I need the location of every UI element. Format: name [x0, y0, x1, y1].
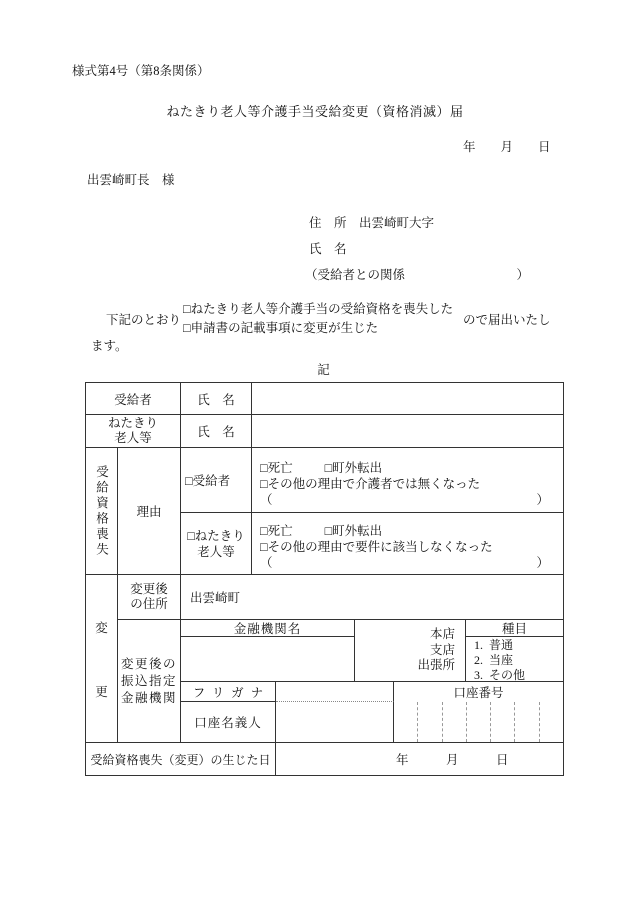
elderly-name-label-cell: 氏 名 [181, 415, 252, 448]
reason-line-death-moveout: □死亡□町外転出 [260, 523, 549, 539]
loss-section-label-cell: 受給資格喪失 [86, 448, 118, 575]
form-table: 受給者 氏 名 ねたきり 老人等 氏 名 受給資格喪失 理由 □受給者 □死亡□… [85, 382, 564, 776]
account-type-option-2: 2. 当座 [474, 653, 513, 668]
death2-label: 死亡 [268, 524, 293, 538]
paren-close: ） [536, 492, 549, 508]
intro-cb1-label: ねたきり老人等介護手当の受給資格を喪失した [191, 302, 454, 316]
account-number-digit-cell[interactable] [539, 702, 563, 742]
intro-right-text: ので届出いたし [463, 310, 551, 328]
bank-section-label-cell: 変更後の 振込指定 金融機関 [118, 620, 181, 743]
reason-who-elderly-line1: □ねたきり [187, 528, 245, 544]
applicant-name-label: 氏 名 [309, 239, 347, 257]
new-address-input[interactable]: 出雲崎町 [181, 575, 563, 620]
furigana-input[interactable] [276, 682, 394, 702]
checkbox-change-icon[interactable]: □ [183, 321, 191, 335]
reason-line-other: □その他の理由で要件に該当しなくなった [260, 539, 549, 555]
change-vertical-char2: 更 [95, 682, 108, 700]
intro-continuation: ます。 [91, 336, 128, 354]
account-number-digit-cell[interactable] [514, 702, 538, 742]
new-address-label-line2: の住所 [130, 597, 168, 612]
account-type-option-3: 3. その他 [474, 668, 525, 683]
account-number-digit-cell[interactable] [394, 702, 417, 742]
change-section-label-cell: 変 更 [86, 575, 118, 743]
account-number-digit-cell[interactable] [442, 702, 466, 742]
applicant-address-label: 住 所 出雲崎町大字 [309, 213, 434, 231]
new-address-label-cell: 変更後 の住所 [118, 575, 181, 620]
elderly-label-line2: 老人等 [114, 431, 152, 446]
reason-who-recipient-label: 受給者 [193, 474, 231, 488]
checkbox-moveout-icon[interactable]: □ [325, 461, 333, 475]
reason-elderly-options-cell: □死亡□町外転出 □その他の理由で要件に該当しなくなった （ ） [252, 513, 563, 575]
other2-label: その他の理由で要件に該当しなくなった [268, 540, 493, 554]
reason-other2-detail-blank[interactable]: （ ） [260, 555, 549, 571]
reason-line-other: □その他の理由で介護者では無くなった [260, 476, 549, 492]
moveout-label: 町外転出 [332, 461, 382, 475]
moveout2-label: 町外転出 [332, 524, 382, 538]
addressee: 出雲崎町長 様 [87, 170, 175, 188]
reason-elderly-options: □死亡□町外転出 □その他の理由で要件に該当しなくなった （ ） [252, 517, 563, 571]
intro-checkbox-item: □ねたきり老人等介護手当の受給資格を喪失した [183, 300, 453, 319]
ki-heading: 記 [85, 360, 562, 378]
reason-who-elderly-cell: □ねたきり 老人等 [181, 513, 252, 575]
intro-checkbox-item: □申請書の記載事項に変更が生じた [183, 319, 453, 338]
account-holder-label-cell: 口座名義人 [181, 702, 276, 743]
relation-close: ） [516, 265, 529, 283]
account-type-options-cell: 1. 普通 2. 当座 3. その他 [466, 637, 563, 682]
intro-cb2-label: 申請書の記載事項に変更が生じた [191, 321, 379, 335]
recipient-label-cell: 受給者 [86, 383, 181, 415]
relation-open: （受給者との関係 [305, 265, 405, 283]
reason-other-detail-blank[interactable]: （ ） [260, 492, 549, 508]
loss-date-placeholder: 年 月 日 [396, 750, 509, 768]
form-number: 様式第4号（第8条関係） [72, 61, 210, 79]
recipient-name-label-cell: 氏 名 [181, 383, 252, 415]
checkbox-other2-icon[interactable]: □ [260, 540, 268, 554]
account-number-cells [394, 702, 563, 743]
checkbox-death2-icon[interactable]: □ [260, 524, 268, 538]
new-address-prefill: 出雲崎町 [190, 588, 240, 606]
account-holder-input[interactable] [276, 702, 394, 743]
branch-option-honten: 本店 [430, 627, 455, 643]
reason-recipient-options-cell: □死亡□町外転出 □その他の理由で介護者では無くなった （ ） [252, 448, 563, 513]
paren-open: （ [260, 492, 273, 508]
account-type-header-cell: 種目 [466, 620, 563, 637]
checkbox-moveout2-icon[interactable]: □ [325, 524, 333, 538]
change-vertical-char1: 変 [95, 618, 108, 636]
new-address-label-line1: 変更後 [130, 582, 168, 597]
account-number-header-cell: 口座番号 [394, 682, 563, 702]
furigana-label-cell: フリガナ [181, 682, 276, 702]
account-number-digit-cell[interactable] [417, 702, 441, 742]
reason-who-recipient: □受給者 [181, 471, 251, 489]
checkbox-loss-icon[interactable]: □ [183, 302, 191, 316]
reason-who-elderly-label1: ねたきり [195, 529, 245, 543]
bank-label-line2: 振込指定 [121, 673, 177, 690]
checkbox-elderly-icon[interactable]: □ [187, 529, 195, 543]
intro-checkbox-list: □ねたきり老人等介護手当の受給資格を喪失した □申請書の記載事項に変更が生じた [183, 300, 453, 338]
death-label: 死亡 [268, 461, 293, 475]
elderly-label-cell: ねたきり 老人等 [86, 415, 181, 448]
elderly-name-input[interactable] [252, 415, 563, 448]
branch-option-shiten: 支店 [430, 643, 455, 659]
bank-name-header-cell: 金融機関名 [181, 620, 355, 637]
other-label: その他の理由で介護者では無くなった [268, 477, 481, 491]
account-number-digit-cell[interactable] [466, 702, 490, 742]
paren-open: （ [260, 555, 273, 571]
reason-recipient-options: □死亡□町外転出 □その他の理由で介護者では無くなった （ ） [252, 453, 563, 508]
reason-line-death-moveout: □死亡□町外転出 [260, 460, 549, 476]
date-line: 年 月 日 [463, 137, 551, 155]
bank-name-input[interactable] [181, 637, 355, 682]
checkbox-other-icon[interactable]: □ [260, 477, 268, 491]
loss-vertical-label: 受給資格喪失 [93, 465, 111, 558]
form-page: 様式第4号（第8条関係） ねたきり老人等介護手当受給変更（資格消滅）届 年 月 … [0, 0, 630, 903]
relation-line: （受給者との関係 ） [305, 265, 529, 283]
reason-who-elderly-label2: 老人等 [197, 544, 235, 560]
intro-left-text: 下記のとおり [106, 310, 181, 328]
branch-option-shucchojo: 出張所 [417, 658, 455, 674]
checkbox-recipient-icon[interactable]: □ [185, 474, 193, 488]
account-type-option-1: 1. 普通 [474, 638, 513, 653]
loss-date-label-cell: 受給資格喪失（変更）の生じた日 [86, 743, 276, 775]
reason-who-recipient-cell: □受給者 [181, 448, 252, 513]
recipient-name-input[interactable] [252, 383, 563, 415]
bank-label-line1: 変更後の [121, 656, 177, 673]
loss-date-input[interactable]: 年 月 日 [276, 743, 563, 775]
paren-close: ） [536, 555, 549, 571]
reason-label-cell: 理由 [118, 448, 181, 575]
page-title: ねたきり老人等介護手当受給変更（資格消滅）届 [0, 101, 630, 120]
account-number-digit-cell[interactable] [490, 702, 514, 742]
bank-label-line3: 金融機関 [121, 690, 177, 707]
branch-type-cell: 本店 支店 出張所 [355, 620, 466, 682]
checkbox-death-icon[interactable]: □ [260, 461, 268, 475]
elderly-label-line1: ねたきり [108, 416, 158, 431]
